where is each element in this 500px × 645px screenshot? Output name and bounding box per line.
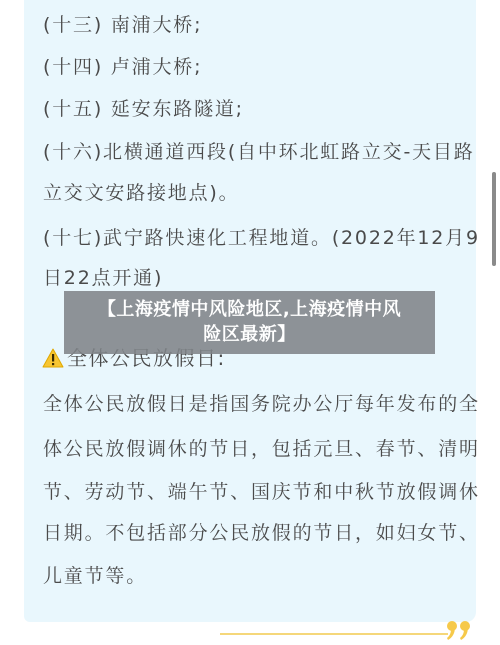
- list-item: 日22点开通): [43, 267, 163, 289]
- list-item: (十七)武宁路快速化工程地道。(2022年12月9: [43, 227, 480, 249]
- body-line: 节、劳动节、端午节、国庆节和中秋节放假调休: [43, 481, 480, 503]
- quote-divider: [220, 633, 448, 635]
- list-item: (十三) 南浦大桥;: [43, 14, 202, 36]
- scrollbar[interactable]: [492, 172, 496, 266]
- article-page: (十三) 南浦大桥; (十四) 卢浦大桥; (十五) 延安东路隧道; (十六)北…: [0, 0, 500, 645]
- body-line: 儿童节等。: [43, 565, 147, 587]
- title-line-2: 险区最新】: [64, 322, 435, 347]
- list-item: (十五) 延安东路隧道;: [43, 98, 244, 120]
- warning-icon: [42, 348, 64, 368]
- title-line-1: 【上海疫情中风险地区,上海疫情中风: [64, 297, 435, 322]
- title-overlay: 【上海疫情中风险地区,上海疫情中风 险区最新】: [64, 291, 435, 354]
- list-item: 立交文安路接地点)。: [43, 182, 239, 204]
- body-line: 体公民放假调休的节日，包括元旦、春节、清明: [43, 438, 480, 460]
- quote-mark-icon: [446, 614, 472, 645]
- list-item: (十六)北横通道西段(自中环北虹路立交-天目路: [43, 141, 475, 163]
- body-line: 全体公民放假日是指国务院办公厅每年发布的全: [43, 393, 480, 415]
- list-item: (十四) 卢浦大桥;: [43, 56, 202, 78]
- body-line: 日期。不包括部分公民放假的节日，如妇女节、: [43, 522, 480, 544]
